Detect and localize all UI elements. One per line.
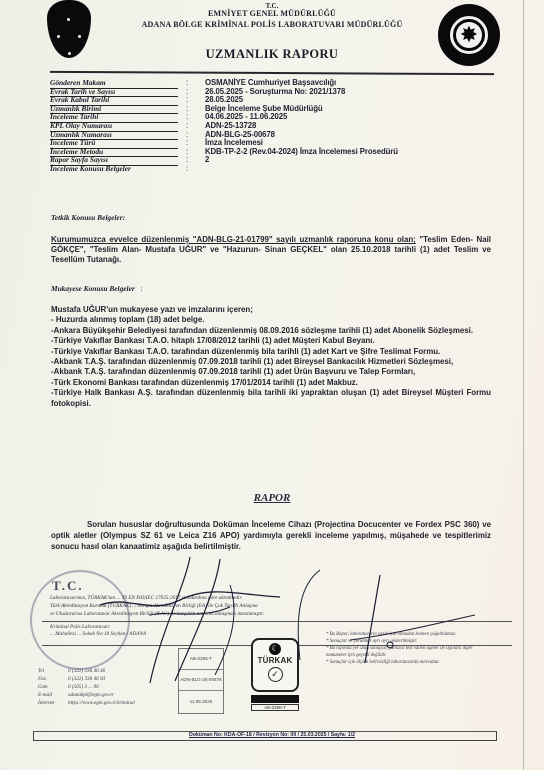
report-info-table: Gönderen Makam:OSMANİYE Cumhuriyet Başsa… xyxy=(50,79,510,174)
report-code-box: AB-0286-TADN-BLG-25-0067811.06.2025 xyxy=(178,648,224,714)
info-row: Uzmanlık Numarası:ADN-BLG-25-00678 xyxy=(50,131,510,140)
contact-row: E-mailadanakpl@egm.gov.tr xyxy=(38,691,135,699)
info-row: İnceleme Tarihi:04.06.2025 - 11.06.2025 xyxy=(50,113,510,122)
code-box-cell: AB-0286-T xyxy=(179,649,223,670)
address-line: Kriminal Polis Laboratuvarı xyxy=(50,624,146,631)
info-value: 2 xyxy=(205,156,209,165)
note-line: * Sonuçlar ve yorumlar ayrı ayrı gösteri… xyxy=(326,638,476,645)
contact-value: https://www.egm.gov.tr/kriminal xyxy=(68,700,135,706)
mukayese-item: -Ankara Büyükşehir Belediyesi tarafından… xyxy=(51,326,491,336)
mukayese-item: -Akbank T.A.Ş. tarafından düzenlenmiş 07… xyxy=(51,357,491,367)
turkak-code: AB-0286-T xyxy=(251,704,299,711)
footer-text: Doküman No: KDA-OF-18 / Revizyon No: 09 … xyxy=(0,731,544,740)
mukayese-item: -Akbank T.A.Ş. tarafından düzenlenmiş 07… xyxy=(51,367,491,377)
note-line: * Bu raporda yer alan sonuçlar, yalnızca… xyxy=(326,645,476,659)
contact-row: Tel0 (322) 336 46 46 xyxy=(38,667,135,675)
contact-key: Gsm xyxy=(38,683,68,691)
contact-value: 0 (322) 336 46 46 xyxy=(68,668,105,674)
contact-value: 0 (505) 3 ... 90 xyxy=(68,684,99,690)
page-edge xyxy=(523,0,524,770)
crescent-icon: ☾ xyxy=(269,643,281,655)
mukayese-item: -Türkiye Halk Bankası A.Ş. tarafından dü… xyxy=(51,388,491,409)
mukayese-item: -Türk Ekonomi Bankası tarafından düzenle… xyxy=(51,378,491,388)
contact-key: Tel xyxy=(38,667,68,675)
report-notes: * Bu Rapor, laboratuvarın yazılı izni ol… xyxy=(326,631,476,666)
contact-value: adanakpl@egm.gov.tr xyxy=(68,692,114,698)
contact-key: E-mail xyxy=(38,691,68,699)
info-label: İnceleme Konusu Belgeler xyxy=(50,165,178,174)
turkak-bar xyxy=(251,695,299,703)
report-page: ✸ T.C. EMNİYET GENEL MÜDÜRLÜĞÜ ADANA BÖL… xyxy=(0,0,544,770)
bottom-divider xyxy=(42,621,512,622)
note-line: * Bu Rapor, laboratuvarın yazılı izni ol… xyxy=(326,631,476,638)
note-line: * Sonuçlar için ölçüm belirsizliği labor… xyxy=(326,659,476,666)
contact-key: Fax xyxy=(38,675,68,683)
tetkik-label: Tetkik Konusu Belgeler: xyxy=(51,213,125,222)
contact-row: İnternethttps://www.egm.gov.tr/kriminal xyxy=(38,699,135,707)
tetkik-paragraph: Kurumumuzca evvelce düzenlenmiş "ADN-BLG… xyxy=(51,235,491,265)
tetkik-intro: Kurumumuzca evvelce düzenlenmiş "ADN-BLG… xyxy=(51,235,416,244)
mukayese-intro-rest: 'un mukayese yazı ve imzalarını içeren; xyxy=(106,305,253,314)
contact-info: Tel0 (322) 336 46 46Fax0 (322) 336 46 93… xyxy=(38,667,135,707)
mukayese-intro: Mustafa UĞUR'un mukayese yazı ve imzalar… xyxy=(51,305,491,315)
accreditation-line: ve Uluslararası Laboratuvar Akreditasyon… xyxy=(50,610,480,618)
contact-key: İnternet xyxy=(38,699,68,707)
contact-row: Fax0 (322) 336 46 93 xyxy=(38,675,135,683)
info-row: Evrak Tarih ve Sayısı:26.05.2025 - Soruş… xyxy=(50,88,510,97)
mukayese-item: -Türkiye Vakıflar Bankası T.A.O. tarafın… xyxy=(51,347,491,357)
address-line: ... Mahallesi ... Sokak No:18 Seyhan / A… xyxy=(50,631,146,638)
code-box-cell: ADN-BLG-25-00678 xyxy=(179,670,223,691)
turkak-logo: ☾ TÜRKAK ✓ xyxy=(251,638,299,692)
accreditation-line: Laboratuvarımız, TÜRKAK'tan ... TS EN IS… xyxy=(50,594,480,602)
mukayese-item: - Huzurda alınmış toplam (18) adet belge… xyxy=(51,315,491,325)
lab-address: Kriminal Polis Laboratuvarı... Mahallesi… xyxy=(50,624,146,638)
mukayese-colon: : xyxy=(141,284,143,293)
header-unit: ADANA BÖLGE KRİMİNAL POLİS LABORATUVARI … xyxy=(0,20,544,29)
report-title: UZMANLIK RAPORU xyxy=(0,47,544,62)
info-value: KDB-TP-2-2 (Rev.04-2024) İmza İncelemesi… xyxy=(205,148,398,157)
rapor-heading: RAPOR xyxy=(0,492,544,504)
contact-value: 0 (322) 336 46 93 xyxy=(68,676,105,682)
mukayese-item: -Türkiye Vakıflar Bankası T.A.O. hitaplı… xyxy=(51,336,491,346)
mukayese-intro-name: Mustafa UĞUR xyxy=(51,305,106,314)
stamp-tc-text: T.C. xyxy=(52,578,84,594)
info-row: KPL Olay Numarası:ADN-25-13728 xyxy=(50,122,510,131)
rapor-paragraph: Sorulan hususlar doğrultusunda Doküman İ… xyxy=(51,519,491,552)
info-row: İnceleme Konusu Belgeler: xyxy=(50,165,510,174)
accreditation-line: Türk Akreditasyon Kurumu (TÜRKAK) ... Av… xyxy=(50,602,480,610)
mukayese-list: Mustafa UĞUR'un mukayese yazı ve imzalar… xyxy=(51,305,491,409)
mukayese-label-text: Mukayese Konusu Belgeler xyxy=(51,284,135,293)
header-divider xyxy=(50,71,494,75)
mukayese-label: Mukayese Konusu Belgeler : xyxy=(51,284,143,293)
checkmark-icon: ✓ xyxy=(268,667,283,682)
code-box-cell: 11.06.2025 xyxy=(179,691,223,712)
turkak-name: TÜRKAK xyxy=(253,656,297,665)
info-colon: : xyxy=(186,165,188,174)
header-organization: EMNİYET GENEL MÜDÜRLÜĞÜ xyxy=(0,9,544,18)
info-row: İnceleme Metodu:KDB-TP-2-2 (Rev.04-2024)… xyxy=(50,148,510,157)
accreditation-text: Laboratuvarımız, TÜRKAK'tan ... TS EN IS… xyxy=(50,594,480,618)
contact-row: Gsm0 (505) 3 ... 90 xyxy=(38,683,135,691)
